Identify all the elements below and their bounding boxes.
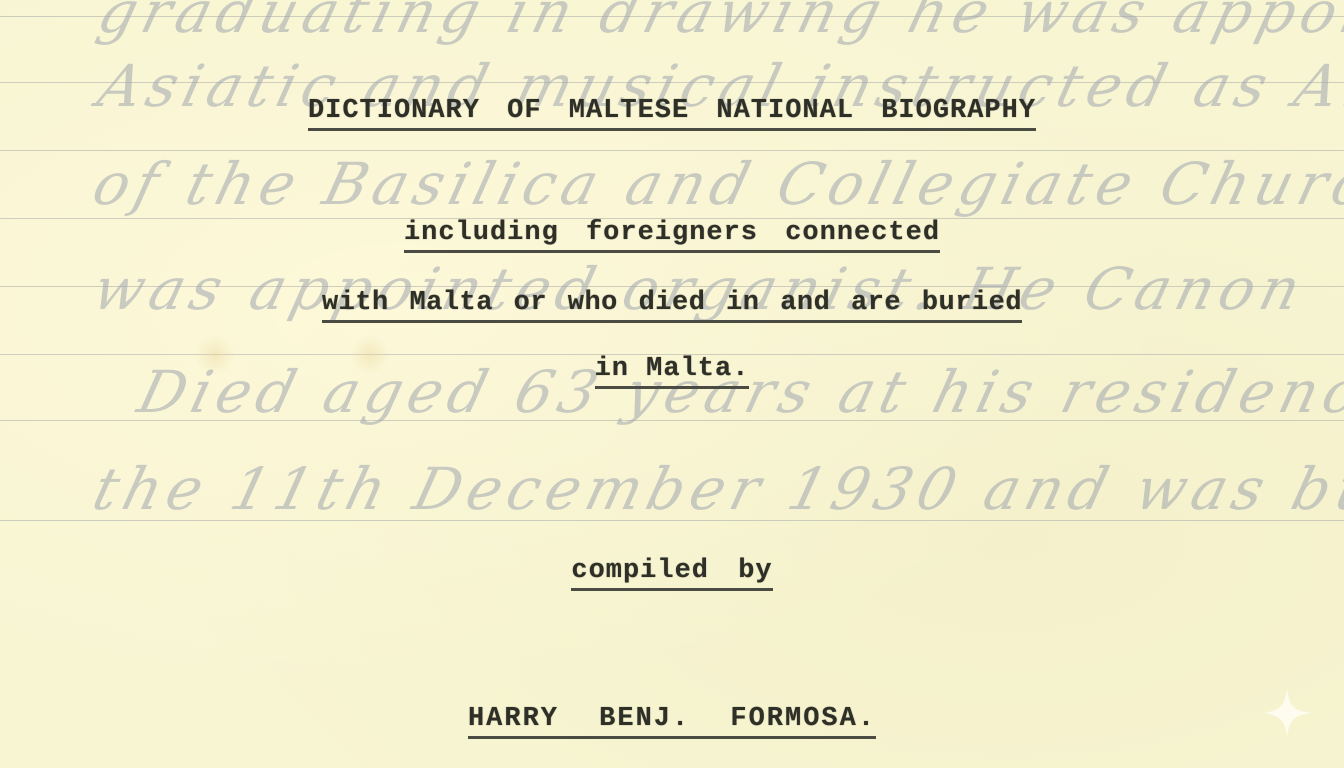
subtitle-line-3: in Malta. <box>0 354 1344 389</box>
document-title-text: DICTIONARY OF MALTESE NATIONAL BIOGRAPHY <box>308 96 1036 131</box>
sparkle-icon <box>1262 688 1312 738</box>
handwriting-line: of the Basilica and Collegiate Church of… <box>87 150 1344 218</box>
author-name: HARRY BENJ. FORMOSA. <box>0 704 1344 739</box>
author-name-text: HARRY BENJ. FORMOSA. <box>468 704 876 739</box>
document-title: DICTIONARY OF MALTESE NATIONAL BIOGRAPHY <box>0 96 1344 131</box>
handwriting-line: graduating in drawing he was appointed <box>92 0 1344 46</box>
compiled-by-text: compiled by <box>571 556 772 591</box>
subtitle-line-2: with Malta or who died in and are buried <box>0 288 1344 323</box>
subtitle-line-1: including foreigners connected <box>0 218 1344 253</box>
subtitle-line-3-text: in Malta. <box>595 354 750 389</box>
subtitle-line-2-text: with Malta or who died in and are buried <box>322 288 1022 323</box>
handwriting-line: the 11th December 1930 and was buried in… <box>87 455 1344 523</box>
compiled-by-label: compiled by <box>0 556 1344 591</box>
subtitle-line-1-text: including foreigners connected <box>404 218 940 253</box>
